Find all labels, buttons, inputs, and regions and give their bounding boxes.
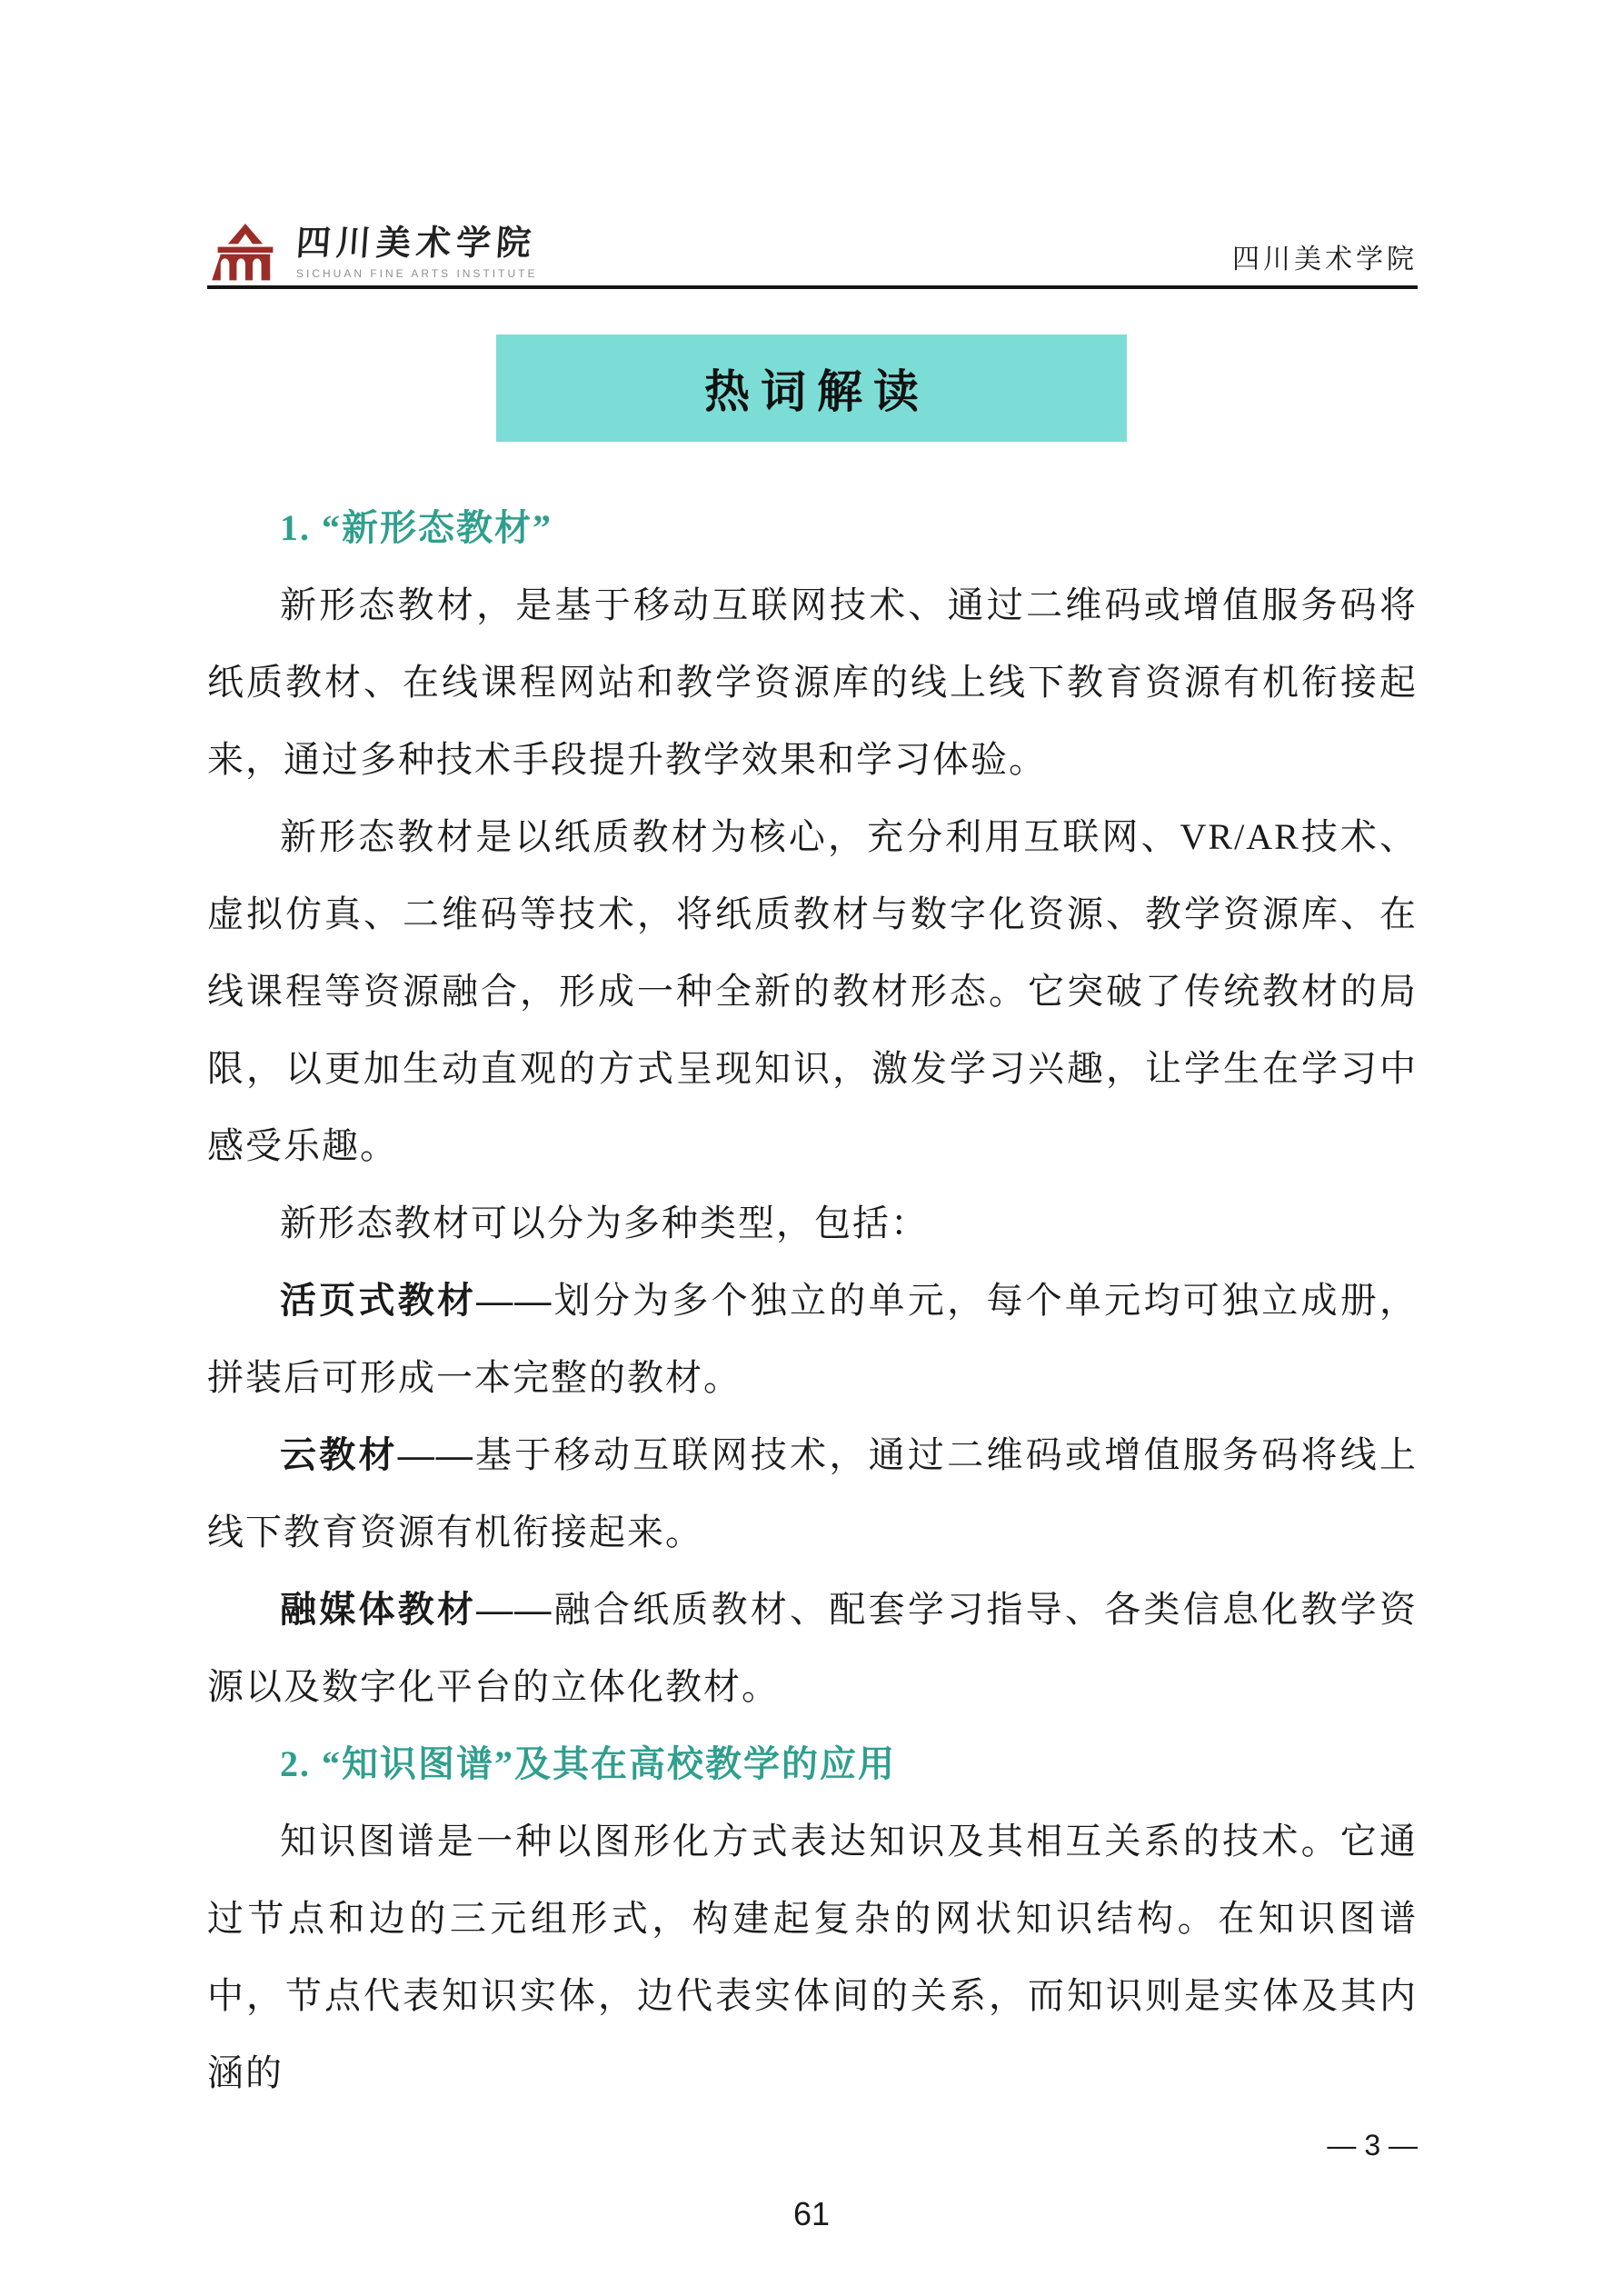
paragraph: 活页式教材——划分为多个独立的单元，每个单元均可独立成册，拼装后可形成一本完整的… bbox=[207, 1262, 1418, 1416]
paragraph-lead: 云教材—— bbox=[280, 1434, 474, 1475]
document-body: 1. “新形态教材” 新形态教材，是基于移动互联网技术、通过二维码或增值服务码将… bbox=[207, 489, 1418, 2111]
header-school-name: 四川美术学院 bbox=[1232, 236, 1418, 285]
section-banner: 热词解读 bbox=[496, 334, 1127, 442]
logo-text-block: 四川美术学院 SICHUAN FINE ARTS INSTITUTE bbox=[296, 226, 537, 279]
page-number: 61 bbox=[0, 2195, 1623, 2233]
paragraph: 融媒体教材——融合纸质教材、配套学习指导、各类信息化教学资源以及数字化平台的立体… bbox=[207, 1571, 1418, 1725]
paragraph-lead: 活页式教材—— bbox=[280, 1280, 553, 1321]
paragraph-text: 知识图谱是一种以图形化方式表达知识及其相互关系的技术。它通过节点和边的三元组形式… bbox=[207, 1821, 1418, 2093]
paragraph: 新形态教材可以分为多种类型，包括： bbox=[207, 1184, 1418, 1262]
paragraph: 新形态教材是以纸质教材为核心，充分利用互联网、VR/AR技术、虚拟仿真、二维码等… bbox=[207, 798, 1418, 1184]
section-heading-1: 1. “新形态教材” bbox=[207, 489, 1418, 566]
banner-title: 热词解读 bbox=[693, 355, 930, 421]
paragraph-lead: 融媒体教材—— bbox=[280, 1589, 553, 1630]
document-page: 四川美术学院 SICHUAN FINE ARTS INSTITUTE 四川美术学… bbox=[0, 0, 1623, 2296]
section-page-marker: — 3 — bbox=[1327, 2129, 1418, 2162]
paragraph: 云教材——基于移动互联网技术，通过二维码或增值服务码将线上线下教育资源有机衔接起… bbox=[207, 1416, 1418, 1571]
section-heading-2: 2. “知识图谱”及其在高校教学的应用 bbox=[207, 1725, 1418, 1802]
paragraph: 知识图谱是一种以图形化方式表达知识及其相互关系的技术。它通过节点和边的三元组形式… bbox=[207, 1802, 1418, 2111]
logo-calligraphy: 四川美术学院 bbox=[295, 226, 539, 261]
paragraph-text: 新形态教材是以纸质教材为核心，充分利用互联网、VR/AR技术、虚拟仿真、二维码等… bbox=[207, 816, 1418, 1166]
page-header: 四川美术学院 SICHUAN FINE ARTS INSTITUTE 四川美术学… bbox=[207, 224, 1418, 289]
paragraph-text: 新形态教材，是基于移动互联网技术、通过二维码或增值服务码将纸质教材、在线课程网站… bbox=[207, 584, 1418, 780]
paragraph: 新形态教材，是基于移动互联网技术、通过二维码或增值服务码将纸质教材、在线课程网站… bbox=[207, 566, 1418, 798]
logo-subtitle: SICHUAN FINE ARTS INSTITUTE bbox=[296, 268, 537, 279]
school-emblem-icon bbox=[207, 224, 284, 282]
school-logo: 四川美术学院 SICHUAN FINE ARTS INSTITUTE bbox=[207, 224, 537, 285]
paragraph-text: 新形态教材可以分为多种类型，包括： bbox=[280, 1203, 929, 1243]
